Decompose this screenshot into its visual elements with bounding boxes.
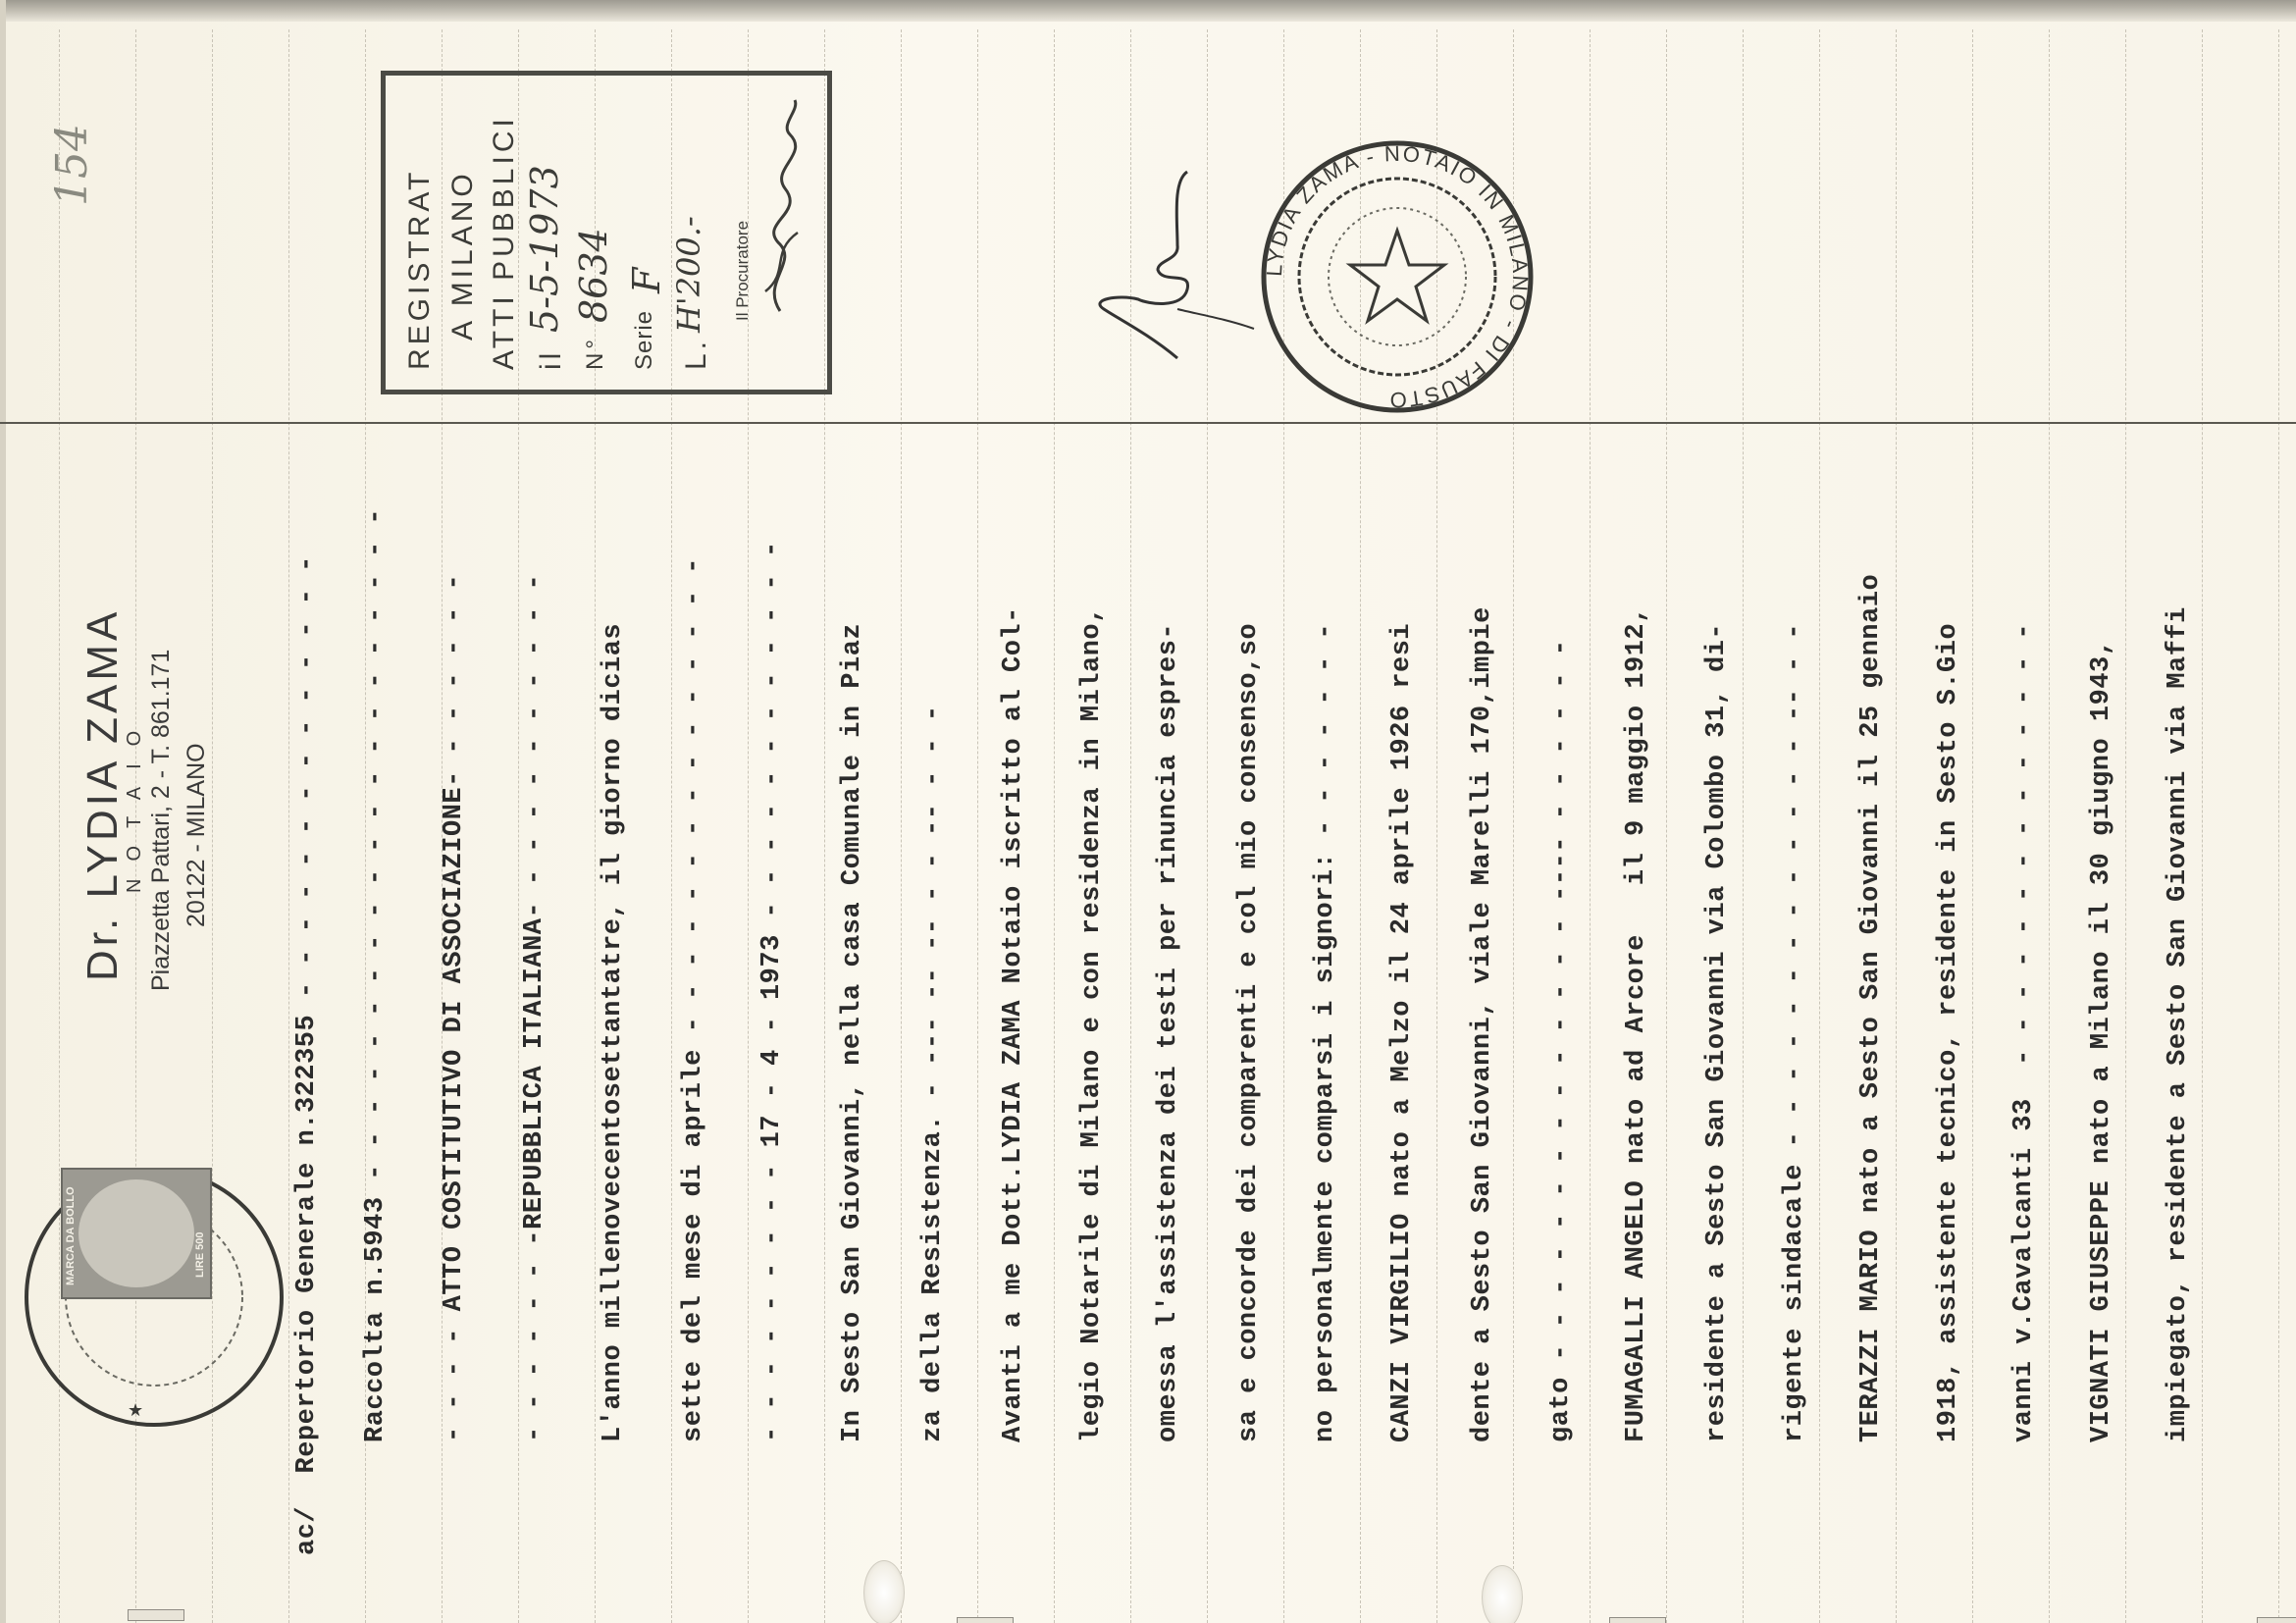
- registration-stamp: REGISTRAT A MILANO ATTI PUBBLICI il 5-5-…: [381, 71, 832, 394]
- binder-mark: [957, 1617, 1014, 1623]
- reg-stamp-line1: REGISTRAT: [403, 169, 437, 370]
- body-text-line: gato - - - - - - - - - - - - - - ---- - …: [1548, 640, 1575, 1442]
- ruling-line: [1054, 29, 1055, 1623]
- binder-mark: [1609, 1617, 1666, 1623]
- body-text-line: FUMAGALLI ANGELO nato ad Arcore il 9 mag…: [1624, 606, 1650, 1442]
- body-text-line: - - - - ATTO COSTITUTIVO DI ASSOCIAZIONE…: [442, 574, 468, 1442]
- body-text-line: L'anno millenovecentosettantatre, il gio…: [600, 623, 627, 1442]
- reg-stamp-number-label: N°: [582, 336, 609, 370]
- reg-stamp-date-value: 5-5-1973: [523, 165, 566, 333]
- reg-stamp-series-value: F: [625, 268, 668, 293]
- reg-stamp-signatory-label: Il Procuratore: [733, 221, 753, 321]
- ruling-line: [1666, 29, 1667, 1623]
- reg-stamp-line2: A MILANO: [446, 170, 480, 340]
- body-text-line: za della Resistenza. - --- -- -- - - -- …: [920, 705, 947, 1442]
- reg-stamp-fee-value: H'200.-: [670, 216, 707, 333]
- revenue-stamp-top-text: MARCA DA BOLLO: [65, 1186, 77, 1285]
- body-text-line: legio Notarile di Milano e con residenza…: [1079, 606, 1106, 1442]
- scan-top-edge-shadow: [0, 0, 2296, 22]
- ruling-line: [1743, 29, 1744, 1623]
- scanned-document-page: 154 REGISTRAT A MILANO ATTI PUBBLICI il …: [0, 0, 2296, 1623]
- punch-hole: [863, 1560, 905, 1623]
- notary-signature-icon: [1079, 162, 1256, 373]
- punch-hole: [1482, 1565, 1523, 1623]
- notary-seal-icon: LYDIA ZAMA - NOTAIO IN MILANO - DI FAUST…: [1258, 137, 1538, 417]
- reg-stamp-date-label: il: [535, 349, 568, 370]
- letterhead-title: NOTAIO: [124, 713, 146, 893]
- body-text-line: no personalmente comparsi i signori: - -…: [1313, 623, 1339, 1442]
- letterhead-address: Piazzetta Pattari, 2 - T. 861.171: [147, 650, 176, 991]
- body-text-line: vanni v.Cavalcanti 33 - - - - - - - - - …: [2011, 623, 2038, 1442]
- ruling-line: [2202, 29, 2203, 1623]
- ruling-line: [2278, 29, 2279, 1623]
- body-text-line: - - - - - - -REPUBBLICA ITALIANA- - - - …: [522, 574, 548, 1442]
- handwritten-page-number: 154: [47, 124, 97, 206]
- binder-mark: [2257, 1617, 2296, 1623]
- revenue-stamp-value-text: LIRE 500: [194, 1232, 206, 1278]
- body-text-line: impiegato, residente a Sesto San Giovann…: [2166, 606, 2192, 1442]
- reg-stamp-line3: ATTI PUBBLICI: [488, 115, 521, 370]
- ruling-line: [977, 29, 978, 1623]
- revenue-stamp: MARCA DA BOLLO LIRE 500: [61, 1168, 212, 1299]
- reg-stamp-number-value: 8634: [572, 228, 615, 323]
- body-text-line: 1918, assistente tecnico, residente in S…: [1936, 623, 1962, 1442]
- body-text-line: TERAZZI MARIO nato a Sesto San Giovanni …: [1858, 574, 1885, 1442]
- body-text-line: omessa l'assistenza dei testi per rinunc…: [1156, 623, 1182, 1442]
- ruling-line: [1590, 29, 1591, 1623]
- revenue-stamp-emblem: [78, 1179, 194, 1287]
- body-text-line: sette del mese di aprile - - - - - - - -…: [681, 557, 707, 1442]
- body-text-line: dente a Sesto San Giovanni, viale Marell…: [1470, 606, 1496, 1442]
- reg-stamp-series-label: Serie: [631, 310, 658, 370]
- body-text-line: residente a Sesto San Giovanni via Colom…: [1704, 623, 1731, 1442]
- body-text-line: rigente sindacale - - - - - - - - - - - …: [1782, 623, 1808, 1442]
- ruling-line: [1972, 29, 1973, 1623]
- scan-left-edge: [0, 0, 6, 1623]
- body-text-line: CANZI VIRGILIO nato a Melzo il 24 aprile…: [1389, 623, 1416, 1442]
- ruling-line: [2049, 29, 2050, 1623]
- body-text-line: VIGNATI GIUSEPPE nato a Milano il 30 giu…: [2089, 640, 2115, 1442]
- ruling-line: [1896, 29, 1897, 1623]
- letterhead-name: Dr. LYDIA ZAMA: [78, 608, 128, 981]
- body-text-line: ac/ Repertorio Generale n.322355 - - - -…: [294, 555, 321, 1555]
- ruling-line: [901, 29, 902, 1623]
- binder-mark: [128, 1609, 184, 1621]
- ruling-line: [2125, 29, 2126, 1623]
- margin-rule-line: [0, 422, 2296, 424]
- body-text-line: Raccolta n.5943 - - - - - - - - - - - - …: [363, 508, 390, 1442]
- ruling-line: [1819, 29, 1820, 1623]
- svg-text:★: ★: [128, 1400, 143, 1421]
- body-text-line: - - - - - - - - - 17 - 4 - 1973 - - - - …: [759, 541, 786, 1442]
- letterhead-city: 20122 - MILANO: [183, 743, 211, 927]
- reg-stamp-fee-label: L.: [680, 338, 713, 370]
- body-text-line: Avanti a me Dott.LYDIA ZAMA Notaio iscri…: [1001, 606, 1027, 1442]
- body-text-line: In Sesto San Giovanni, nella casa Comuna…: [840, 623, 866, 1442]
- procurator-signature-icon: [751, 95, 819, 321]
- body-text-line: sa e concorde dei comparenti e col mio c…: [1236, 623, 1263, 1442]
